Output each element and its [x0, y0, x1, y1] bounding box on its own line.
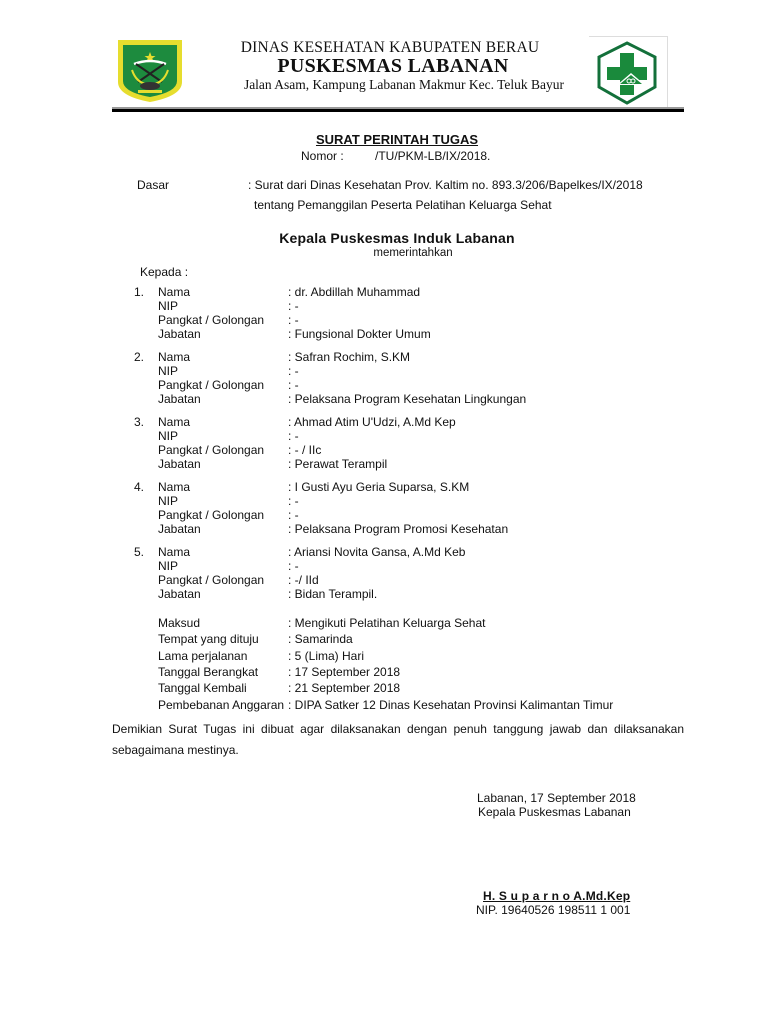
- field-label-jabatan: Jabatan: [158, 587, 201, 601]
- field-value-pangkat: : -: [288, 508, 299, 522]
- field-value-nip: : -: [288, 299, 299, 313]
- field-value-nip: : -: [288, 429, 299, 443]
- detail-label: Tempat yang dituju: [158, 632, 259, 646]
- field-value-jabatan: : Perawat Terampil: [288, 457, 387, 471]
- detail-value: : 21 September 2018: [288, 681, 400, 695]
- field-label-nama: Nama: [158, 480, 190, 494]
- dasar-value-line2: tentang Pemanggilan Peserta Pelatihan Ke…: [254, 198, 552, 212]
- field-value-pangkat: : -/ IId: [288, 573, 319, 587]
- detail-value: : Samarinda: [288, 632, 353, 646]
- field-label-pangkat: Pangkat / Golongan: [158, 573, 264, 587]
- signatory-nip: NIP. 19640526 198511 1 001: [476, 903, 630, 917]
- signature-place-date: Labanan, 17 September 2018: [477, 791, 636, 805]
- assignee-number: 1.: [134, 285, 144, 299]
- field-value-jabatan: : Fungsional Dokter Umum: [288, 327, 431, 341]
- dasar-label: Dasar: [137, 178, 169, 192]
- detail-label: Tanggal Berangkat: [158, 665, 258, 679]
- detail-value: : 5 (Lima) Hari: [288, 649, 364, 663]
- detail-label: Maksud: [158, 616, 200, 630]
- detail-label: Pembebanan Anggaran: [158, 698, 284, 712]
- field-label-nip: NIP: [158, 429, 178, 443]
- dasar-value-line1: : Surat dari Dinas Kesehatan Prov. Kalti…: [248, 178, 643, 192]
- kepada-label: Kepada :: [140, 265, 188, 279]
- detail-value: : Mengikuti Pelatihan Keluarga Sehat: [288, 616, 485, 630]
- field-label-jabatan: Jabatan: [158, 327, 201, 341]
- field-value-pangkat: : -: [288, 313, 299, 327]
- detail-label: Tanggal Kembali: [158, 681, 247, 695]
- field-label-jabatan: Jabatan: [158, 457, 201, 471]
- field-value-jabatan: : Pelaksana Program Promosi Kesehatan: [288, 522, 508, 536]
- closing-line1: Demikian Surat Tugas ini dibuat agar dil…: [112, 722, 684, 736]
- field-value-jabatan: : Bidan Terampil.: [288, 587, 377, 601]
- field-label-nama: Nama: [158, 350, 190, 364]
- field-label-nip: NIP: [158, 364, 178, 378]
- signatory-name: H. S u p a r n o A.Md.Kep: [483, 889, 630, 903]
- field-label-pangkat: Pangkat / Golongan: [158, 378, 264, 392]
- assignee-number: 2.: [134, 350, 144, 364]
- field-label-nip: NIP: [158, 559, 178, 573]
- field-value-nama: : Ariansi Novita Gansa, A.Md Keb: [288, 545, 465, 559]
- field-value-jabatan: : Pelaksana Program Kesehatan Lingkungan: [288, 392, 526, 406]
- header-divider-thick: [112, 109, 684, 112]
- issuer-title: Kepala Puskesmas Induk Labanan: [0, 230, 768, 246]
- field-label-nama: Nama: [158, 545, 190, 559]
- field-value-nip: : -: [288, 494, 299, 508]
- nomor-label: Nomor :: [301, 149, 344, 163]
- field-label-nip: NIP: [158, 299, 178, 313]
- assignee-number: 3.: [134, 415, 144, 429]
- field-label-pangkat: Pangkat / Golongan: [158, 313, 264, 327]
- field-value-nip: : -: [288, 559, 299, 573]
- field-value-pangkat: : - / IIc: [288, 443, 321, 457]
- field-label-nama: Nama: [158, 285, 190, 299]
- field-label-nama: Nama: [158, 415, 190, 429]
- field-label-pangkat: Pangkat / Golongan: [158, 508, 264, 522]
- document-title: SURAT PERINTAH TUGAS: [0, 132, 768, 147]
- closing-line2: sebagaimana mestinya.: [112, 743, 239, 757]
- institution-name: PUSKESMAS LABANAN: [0, 55, 768, 78]
- field-value-nama: : dr. Abdillah Muhammad: [288, 285, 420, 299]
- field-label-pangkat: Pangkat / Golongan: [158, 443, 264, 457]
- field-label-jabatan: Jabatan: [158, 392, 201, 406]
- field-value-nama: : Safran Rochim, S.KM: [288, 350, 410, 364]
- issuer-verb: memerintahkan: [0, 247, 768, 259]
- detail-value: : DIPA Satker 12 Dinas Kesehatan Provins…: [288, 698, 613, 712]
- field-label-nip: NIP: [158, 494, 178, 508]
- assignee-number: 5.: [134, 545, 144, 559]
- field-label-jabatan: Jabatan: [158, 522, 201, 536]
- field-value-nama: : Ahmad Atim U'Udzi, A.Md Kep: [288, 415, 456, 429]
- assignee-number: 4.: [134, 480, 144, 494]
- signature-role: Kepala Puskesmas Labanan: [478, 805, 631, 819]
- field-value-pangkat: : -: [288, 378, 299, 392]
- detail-value: : 17 September 2018: [288, 665, 400, 679]
- detail-label: Lama perjalanan: [158, 649, 247, 663]
- field-value-nama: : I Gusti Ayu Geria Suparsa, S.KM: [288, 480, 469, 494]
- nomor-value: /TU/PKM-LB/IX/2018.: [375, 149, 490, 163]
- institution-address: Jalan Asam, Kampung Labanan Makmur Kec. …: [0, 77, 768, 93]
- field-value-nip: : -: [288, 364, 299, 378]
